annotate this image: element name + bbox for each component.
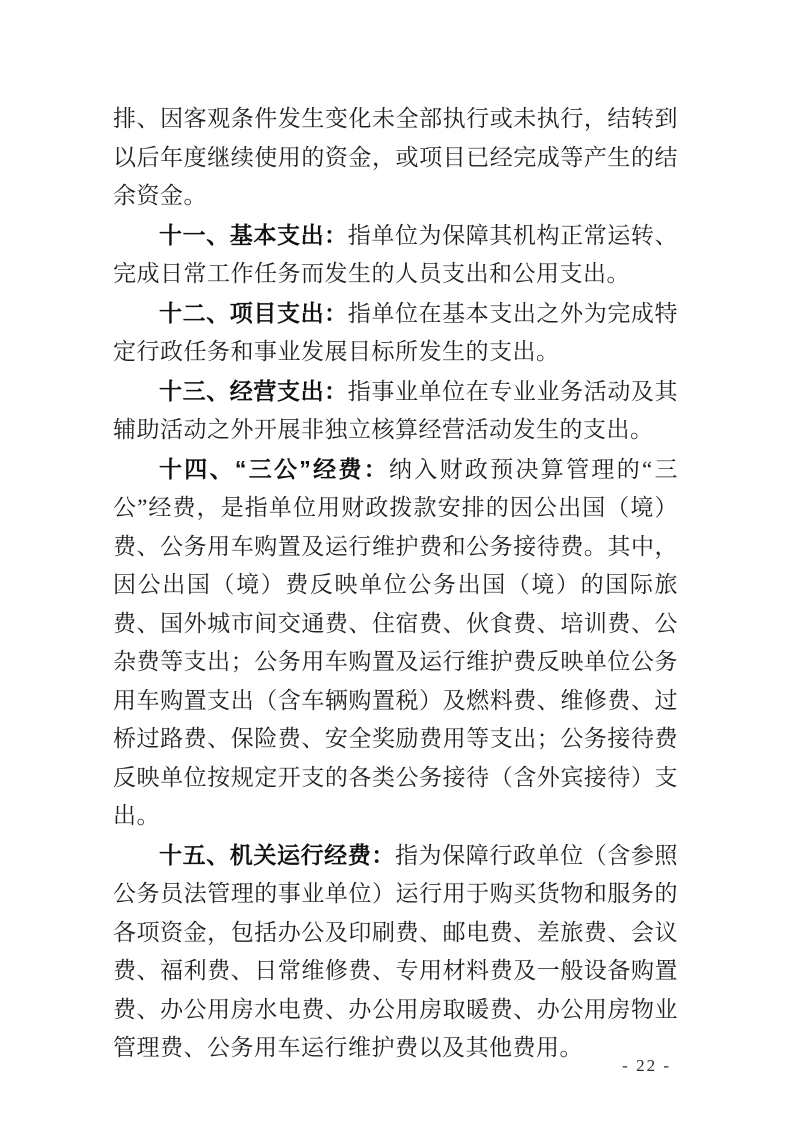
document-body: 排、因客观条件发生变化未全部执行或未执行，结转到以后年度继续使用的资金，或项目已… xyxy=(113,99,678,1068)
page-footer: - 22 - xyxy=(622,1056,671,1076)
paragraph-text: 纳入财政预决算管理的“三公”经费，是指单位用财政拨款安排的因公出国（境）费、公务… xyxy=(113,457,678,829)
paragraph-label: 十一、基本支出： xyxy=(159,222,348,248)
paragraph-operating-expenditure: 十三、经营支出：指事业单位在专业业务活动及其辅助活动之外开展非独立核算经营活动发… xyxy=(113,372,678,450)
paragraph-text: 指为保障行政单位（含参照公务员法管理的事业单位）运行用于购买货物和服务的各项资金… xyxy=(113,843,678,1061)
paragraph-carryover-funds: 排、因客观条件发生变化未全部执行或未执行，结转到以后年度继续使用的资金，或项目已… xyxy=(113,99,678,216)
document-page: 排、因客观条件发生变化未全部执行或未执行，结转到以后年度继续使用的资金，或项目已… xyxy=(0,0,793,1122)
paragraph-label: 十四、“三公”经费： xyxy=(159,456,389,482)
paragraph-label: 十三、经营支出： xyxy=(159,378,348,404)
page-number: - 22 - xyxy=(622,1056,671,1075)
paragraph-basic-expenditure: 十一、基本支出：指单位为保障其机构正常运转、完成日常工作任务而发生的人员支出和公… xyxy=(113,216,678,294)
paragraph-three-public-funds: 十四、“三公”经费：纳入财政预决算管理的“三公”经费，是指单位用财政拨款安排的因… xyxy=(113,450,678,836)
paragraph-agency-operating-funds: 十五、机关运行经费：指为保障行政单位（含参照公务员法管理的事业单位）运行用于购买… xyxy=(113,836,678,1068)
paragraph-label: 十五、机关运行经费： xyxy=(159,842,395,868)
paragraph-label: 十二、项目支出： xyxy=(159,300,348,326)
paragraph-project-expenditure: 十二、项目支出：指单位在基本支出之外为完成特定行政任务和事业发展目标所发生的支出… xyxy=(113,294,678,372)
paragraph-text: 排、因客观条件发生变化未全部执行或未执行，结转到以后年度继续使用的资金，或项目已… xyxy=(113,106,678,208)
